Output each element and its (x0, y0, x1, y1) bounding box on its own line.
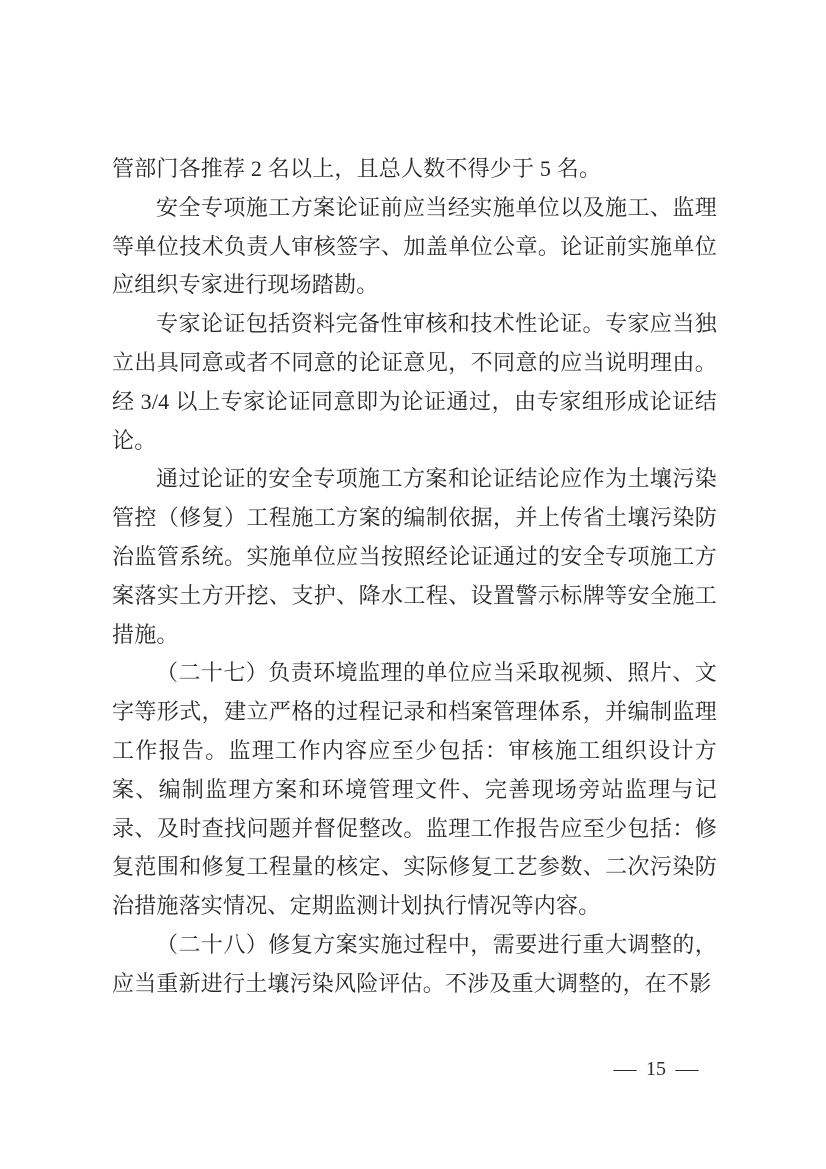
page-number-dash-left: — (614, 1057, 637, 1081)
page-number: —15— (615, 1057, 697, 1081)
paragraph-item-27: （二十七）负责环境监理的单位应当采取视频、照片、文字等形式，建立严格的过程记录和… (112, 654, 717, 926)
page-number-value: 15 (646, 1057, 666, 1081)
document-page: 管部门各推荐 2 名以上，且总人数不得少于 5 名。 安全专项施工方案论证前应当… (0, 0, 826, 1169)
document-body: 管部门各推荐 2 名以上，且总人数不得少于 5 名。 安全专项施工方案论证前应当… (112, 150, 717, 1004)
paragraph: 通过论证的安全专项施工方案和论证结论应作为土壤污染管控（修复）工程施工方案的编制… (112, 460, 717, 654)
paragraph-continuation: 管部门各推荐 2 名以上，且总人数不得少于 5 名。 (112, 150, 717, 189)
paragraph-item-28: （二十八）修复方案实施过程中，需要进行重大调整的，应当重新进行土壤污染风险评估。… (112, 926, 717, 1004)
paragraph: 安全专项施工方案论证前应当经实施单位以及施工、监理等单位技术负责人审核签字、加盖… (112, 189, 717, 305)
paragraph: 专家论证包括资料完备性审核和技术性论证。专家应当独立出具同意或者不同意的论证意见… (112, 305, 717, 460)
page-number-dash-right: — (676, 1057, 699, 1081)
